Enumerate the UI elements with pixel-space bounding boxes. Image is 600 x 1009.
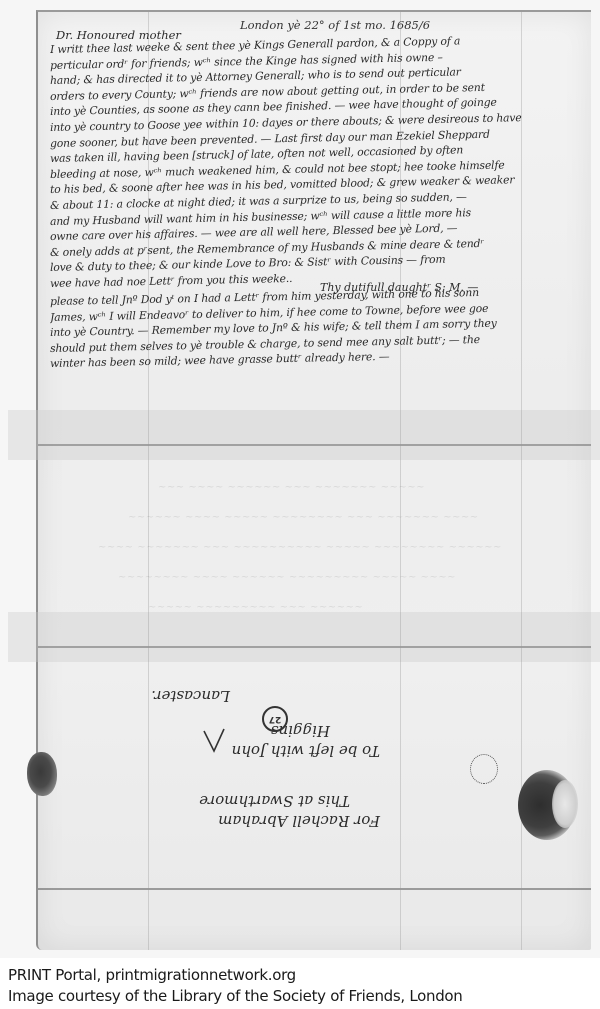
fold-crease-bottom — [38, 888, 591, 890]
fold-band-upper — [8, 410, 600, 460]
letter-body: I writt thee last weeke & sent thee yè K… — [50, 42, 590, 292]
fold-crease-upper — [38, 444, 591, 446]
postmark-faint — [470, 754, 498, 784]
show-through-text: ~~~ ~~~~ ~~~~~~ ~~~ ~~~~~~~ ~~~~~ — [158, 482, 425, 493]
show-through-text: ~~~~ ~~~~~~~ ~~~ ~~~~~~~~~~ ~~~~~ ~~~~~~… — [98, 542, 502, 553]
address-line-town: Lancaster. — [151, 687, 230, 705]
address-panel: For Rachell Abraham This at Swarthmore T… — [120, 680, 380, 830]
letter-date: London yè 22° of 1st mo. 1685/6 — [240, 18, 430, 32]
show-through-text: ~~~~~~~~ ~~~~ ~~~~~~ ~~~~~~~~~ ~~~~~ ~~~… — [118, 572, 456, 583]
caption-source: PRINT Portal, printmigrationnetwork.org — [8, 965, 598, 986]
address-line-addressee: For Rachell Abraham — [218, 812, 380, 830]
fold-band-lower — [8, 612, 600, 662]
postmark-stamp: 27 — [262, 706, 288, 732]
image-caption: PRINT Portal, printmigrationnetwork.org … — [8, 965, 598, 1007]
wax-seal-left — [27, 752, 57, 796]
caption-credit: Image courtesy of the Library of the Soc… — [8, 986, 598, 1007]
manuscript-scan: ~~~ ~~~~ ~~~~~~ ~~~ ~~~~~~~ ~~~~~ ~~~~~~… — [0, 0, 600, 958]
address-line-care-of: To be left with John — [232, 742, 380, 760]
letter-postscript: please to tell Jnº Dod yᵗ on I had a Let… — [50, 294, 590, 372]
show-through-text: ~~~~~ ~~~~~~~~~ ~~~ ~~~~~~ — [148, 602, 363, 613]
address-line-location: This at Swarthmore — [199, 792, 350, 810]
wax-seal-right-highlight — [552, 780, 578, 828]
show-through-text: ~~~~~~ ~~~~ ~~~~~ ~~~~~~~~ ~~~ ~~~~~~~ ~… — [128, 512, 479, 523]
fold-crease-lower — [38, 646, 591, 648]
check-mark-icon — [200, 727, 228, 757]
